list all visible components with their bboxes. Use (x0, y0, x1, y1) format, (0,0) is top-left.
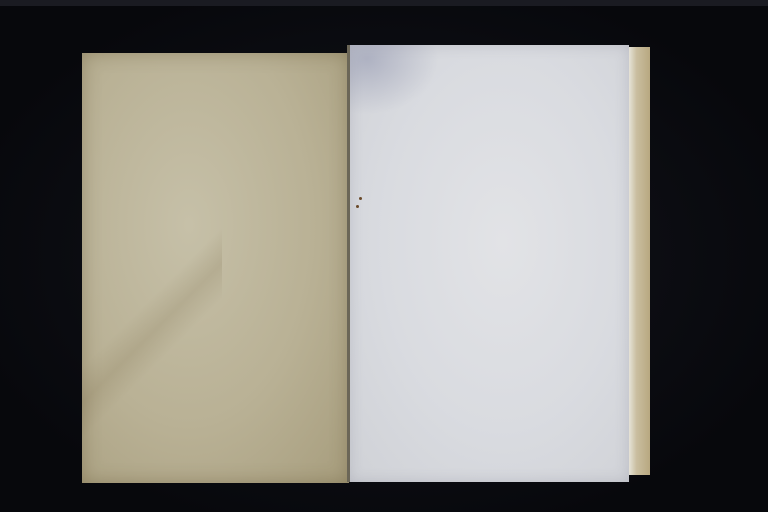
book-gutter (347, 45, 350, 482)
left-page-blank (82, 53, 349, 483)
foxing-spot (359, 197, 362, 200)
foxing-spot (356, 205, 359, 208)
top-edge (0, 0, 768, 6)
page-stain (349, 45, 439, 115)
right-page-blank (349, 45, 629, 482)
page-crease (82, 223, 222, 443)
